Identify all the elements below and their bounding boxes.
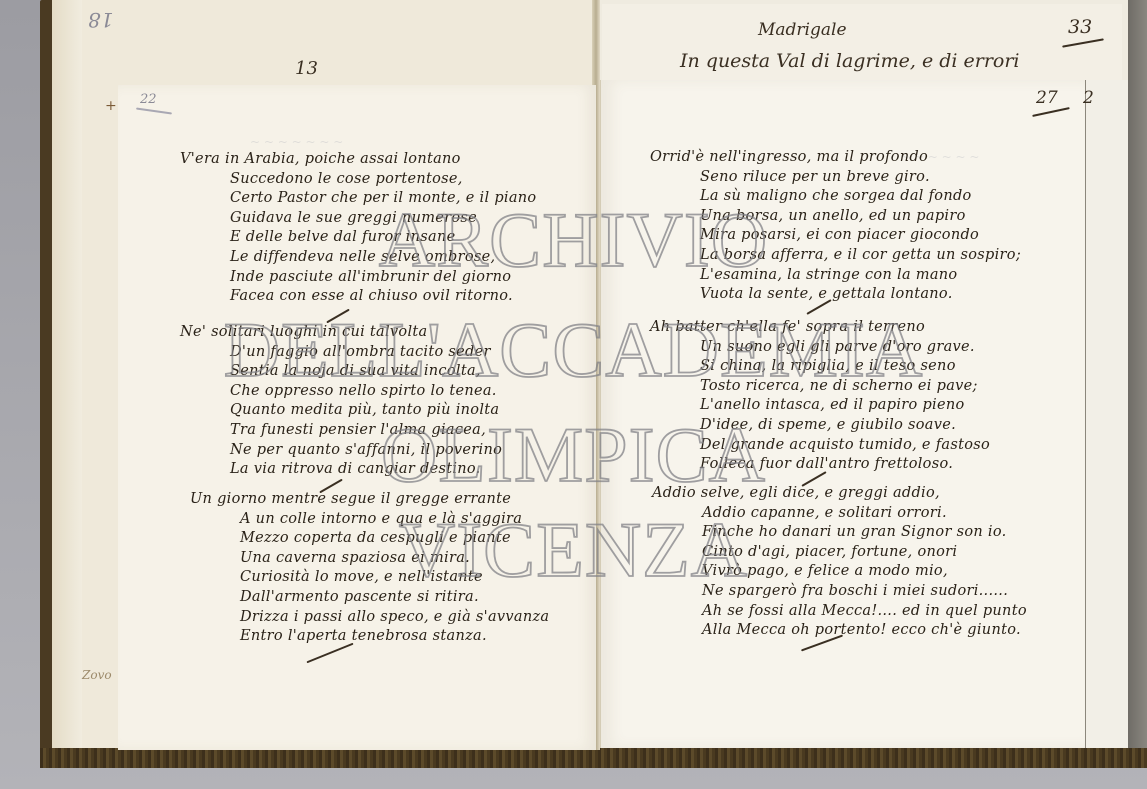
verse-line: Curiosità lo move, e nell'istante [190,568,549,588]
margin-cross-mark: + [105,98,117,114]
binding-bottom-edge [40,748,1147,768]
verse-line: Tosto ricerca, ne di scherno ei pave; [650,377,990,397]
verse-line: Si china, la ripiglia, e il teso seno [650,357,990,377]
verse-line: Le diffendeva nelle selve ombrose, [180,248,536,268]
folio-number-left: 22 [140,92,157,107]
verse-line: Succedono le cose portentose, [180,170,536,190]
stanza-1: V'era in Arabia, poiche assai lontano Su… [180,150,536,307]
verse-line: Un giorno mentre segue il gregge errante [190,490,549,510]
verse-line: Entro l'aperta tenebrosa stanza. [190,627,549,647]
stanza-6: Addio selve, egli dice, e greggi addio, … [652,484,1027,641]
verse-line: Un suono egli gli parve d'oro grave. [650,338,990,358]
verse-line: V'era in Arabia, poiche assai lontano [180,150,536,170]
binding-edge-right [1128,0,1147,750]
verse-line: A un colle intorno e qua e là s'aggira [190,510,549,530]
verse-line: E delle belve dal furor insane [180,228,536,248]
verse-line: Del grande acquisto tumido, e fastoso [650,436,990,456]
verse-line: Ah se fossi alla Mecca!.... ed in quel p… [652,602,1027,622]
verse-line: La via ritrova di cangiar destino. [180,460,502,480]
edge-page-number: 2 [1083,88,1094,108]
verse-line: Seno riluce per un breve giro. [650,168,1021,188]
verse-line: La sù maligno che sorgea dal fondo [650,187,1021,207]
madrigal-first-line: In questa Val di lagrime, e di errori [680,50,1020,72]
verse-line: Sentia la noja di sua vita incolta, [180,362,502,382]
verse-line: Vivrò pago, e felice a modo mio, [652,562,1027,582]
verse-line: Cinto d'agi, piacer, fortune, onori [652,543,1027,563]
verse-line: Finche ho danari un gran Signor son io. [652,523,1027,543]
verse-line: Ne spargerò fra boschi i miei sudori....… [652,582,1027,602]
verse-line: Dall'armento pascente si ritira. [190,588,549,608]
back-page-number: 13 [295,58,318,79]
verse-line: La borsa afferra, e il cor getta un sosp… [650,246,1021,266]
verse-line: Una borsa, un anello, ed un papiro [650,207,1021,227]
verse-line: Quanto medita più, tanto più inolta [180,401,502,421]
back-folio-number-left: 18 [88,8,113,32]
verse-line: L'anello intasca, ed il papiro pieno [650,396,990,416]
verse-line: Ne' solitari luoghi in cui talvolta [180,323,502,343]
bleed-through-text: ~ ~ ~ ~ ~ ~ ~ [250,135,343,149]
verse-line: Facea con esse al chiuso ovil ritorno. [180,287,536,307]
verse-line: Una caverna spaziosa ei mira. [190,549,549,569]
verse-line: Inde pasciute all'imbrunir del giorno [180,268,536,288]
verse-line: Orrid'è nell'ingresso, ma il profondo [650,148,1021,168]
verse-line: Alla Mecca oh portento! ecco ch'è giunto… [652,621,1027,641]
stanza-4: Orrid'è nell'ingresso, ma il profondo Se… [650,148,1021,305]
verse-line: Ne per quanto s'affanni, il poverino [180,441,502,461]
verse-line: Guidava le sue greggi numerose [180,209,536,229]
verse-line: Che oppresso nello spirto lo tenea. [180,382,502,402]
stanza-3: Un giorno mentre segue il gregge errante… [190,490,549,647]
verse-line: Certo Pastor che per il monte, e il pian… [180,189,536,209]
madrigal-heading: Madrigale [758,20,847,40]
verse-line: Mira posarsi, ei con piacer giocondo [650,226,1021,246]
verse-line: D'idee, di speme, e giubilo soave. [650,416,990,436]
back-page-right-top [602,4,1122,85]
folio-number-right: 27 [1036,88,1058,108]
verse-line: Drizza i passi allo speco, e già s'avvan… [190,608,549,628]
page-edges-left [52,0,82,750]
back-folio-number-right: 33 [1068,16,1092,38]
verse-line: Addio capanne, e solitari orrori. [652,504,1027,524]
page-edge-strip [1085,80,1131,750]
verse-line: Addio selve, egli dice, e greggi addio, [652,484,1027,504]
verse-line: Mezzo coperta da cespugli e piante [190,529,549,549]
stanza-2: Ne' solitari luoghi in cui talvolta D'un… [180,323,502,480]
stanza-5: Ah batter ch'ella fe' sopra il terreno U… [650,318,990,475]
verse-line: D'un faggio all'ombra tacito seder [180,343,502,363]
verse-line: Ah batter ch'ella fe' sopra il terreno [650,318,990,338]
verse-line: Folleca fuor dall'antro frettoloso. [650,455,990,475]
margin-note: Zovo [82,668,112,682]
verse-line: L'esamina, la stringe con la mano [650,266,1021,286]
verse-line: Tra funesti pensier l'alma giacea, [180,421,502,441]
verse-line: Vuota la sente, e gettala lontano. [650,285,1021,305]
